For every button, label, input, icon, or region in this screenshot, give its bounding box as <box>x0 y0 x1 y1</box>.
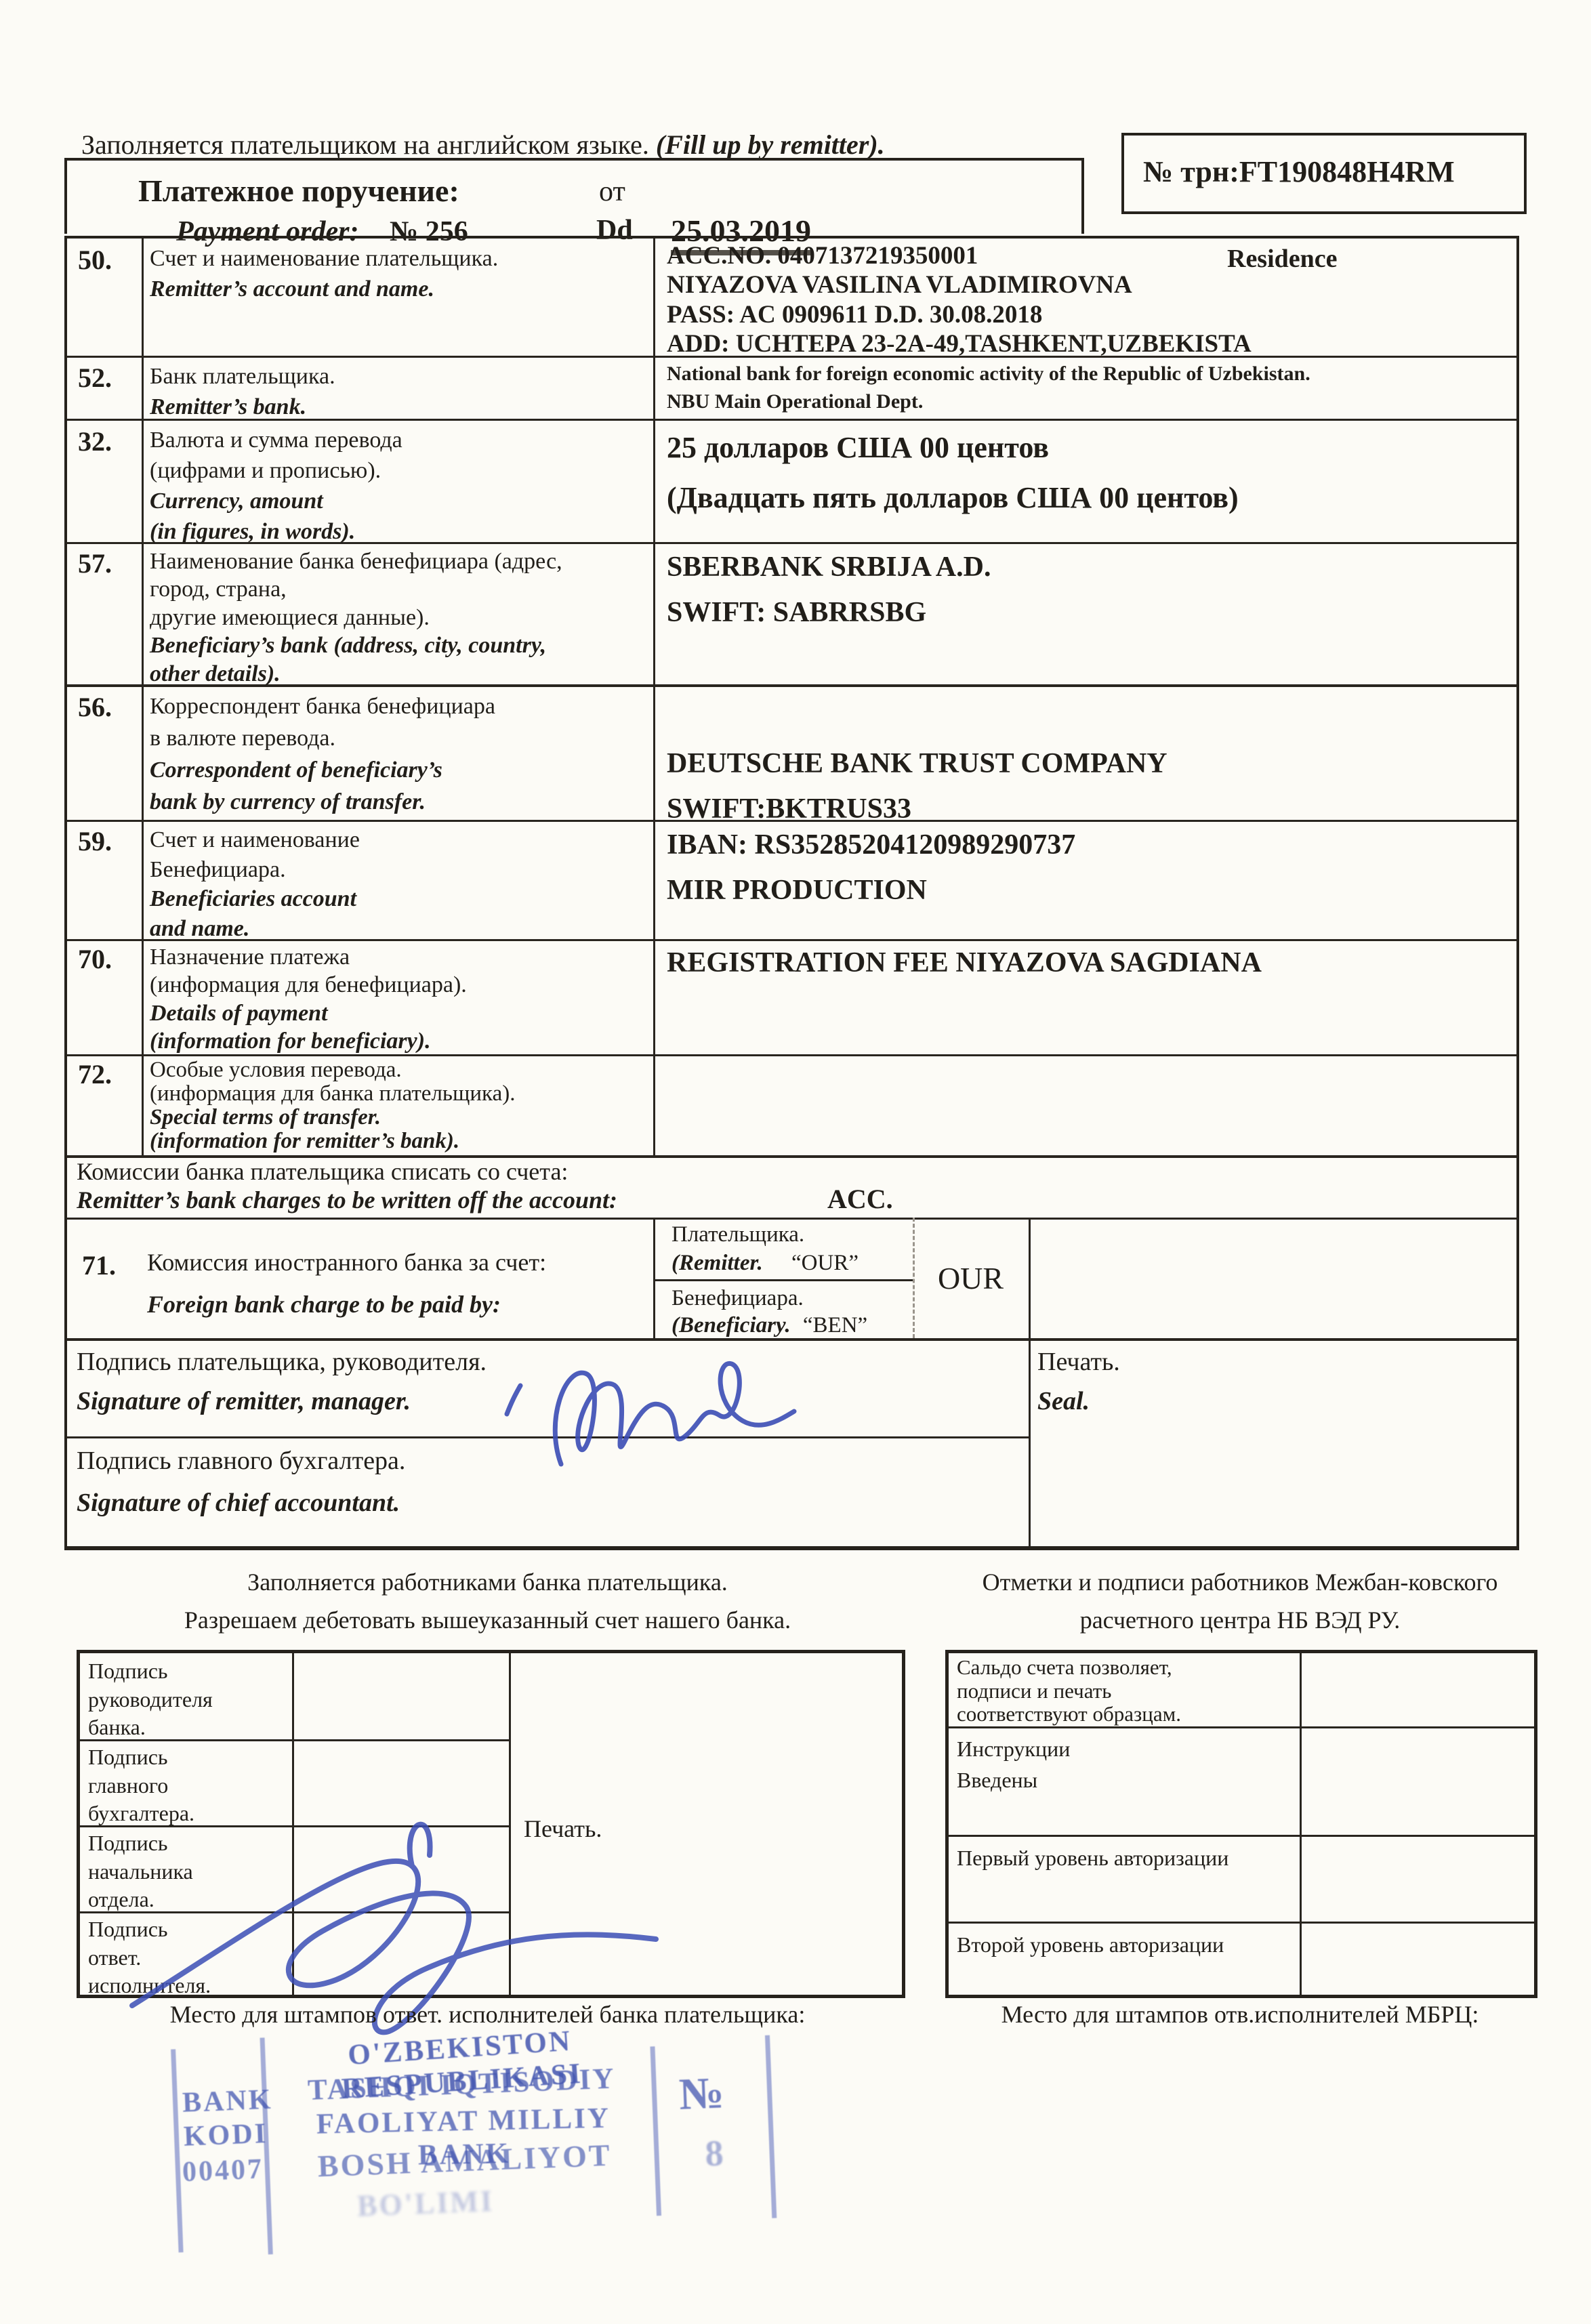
field-label-ru: Счет и наименование Бенефициара. <box>150 825 638 884</box>
field-label-ru: Корреспондент банка бенефициара в валюте… <box>150 691 651 755</box>
field-label: Корреспондент банка бенефициара в валюте… <box>150 691 651 818</box>
table-row-label: Сальдо счета позволяет, подписи и печать… <box>957 1656 1292 1726</box>
field-label-ru: Счет и наименование плательщика. <box>150 244 638 274</box>
field-label-en: Beneficiary’s bank (address, city, count… <box>150 631 651 688</box>
table-row-label: Второй уровень авторизации <box>957 1932 1292 1957</box>
table-row-label: Подпись руководителя банка. <box>88 1657 285 1742</box>
field-label-ru: Банк плательщика. <box>150 362 638 392</box>
field-number: 56. <box>78 691 112 723</box>
stamp-bank-kodi-line1: BANK <box>182 2083 273 2119</box>
field-label: Счет и наименование Бенефициара. Benefic… <box>150 825 638 943</box>
field-number: 52. <box>78 362 112 394</box>
top-note-en: (Fill up by remitter). <box>656 129 885 160</box>
manager-signature-label-ru: Подпись плательщика, руководителя. <box>77 1347 487 1377</box>
grid-line <box>949 1922 1534 1924</box>
field-value: DEUTSCHE BANK TRUST COMPANY SWIFT:BKTRUS… <box>667 741 1507 832</box>
field-label: Банк плательщика. Remitter’s bank. <box>150 362 638 423</box>
field-number: 71. <box>82 1249 116 1281</box>
field-number: 59. <box>78 825 112 857</box>
row71-beneficiary-ru: Бенефициара. <box>671 1286 804 1311</box>
row71-label-ru: Комиссия иностранного банка за счет: <box>147 1248 546 1277</box>
grid-line <box>949 1726 1534 1728</box>
row71-beneficiary-code: “BEN” <box>803 1313 867 1337</box>
payment-order-document: Заполняется плательщиком на английском я… <box>0 0 1591 2324</box>
stamp-no-value: 8 <box>704 2132 726 2174</box>
field-value: IBAN: RS35285204120989290737 MIR PRODUCT… <box>667 823 1507 913</box>
stamp-border-bar <box>765 2035 777 2218</box>
field-label-ru: Валюта и сумма перевода (цифрами и пропи… <box>150 426 638 486</box>
field-number: 70. <box>78 943 112 975</box>
stamp-border-bar <box>650 2046 661 2216</box>
field-label-ru: Наименование банка бенефициара (адрес, г… <box>150 547 651 631</box>
field-label: Валюта и сумма перевода (цифрами и пропи… <box>150 426 638 547</box>
field-label: Назначение платежа (информация для бенеф… <box>150 943 638 1056</box>
grid-line <box>655 1279 913 1281</box>
trn-box: № трн:FT190848H4RM <box>1121 133 1527 214</box>
top-note-ru: Заполняется плательщиком на английском я… <box>81 129 656 160</box>
commission-label-en: Remitter’s bank charges to be written of… <box>77 1186 617 1214</box>
field-label-en: Remitter’s account and name. <box>150 274 638 305</box>
commission-account: ACC. <box>827 1183 893 1215</box>
seal-label-ru: Печать. <box>1037 1347 1120 1377</box>
field-number: 72. <box>78 1058 112 1090</box>
row71-beneficiary-line: (Beneficiary. “BEN” <box>671 1313 867 1338</box>
table-row-label: Инструкции Введены <box>957 1733 1292 1796</box>
field-label: Особые условия перевода. (информация для… <box>150 1058 638 1153</box>
row71-remitter-line: (Remitter. “OUR” <box>671 1251 859 1276</box>
field-label-en: Correspondent of beneficiary’s bank by c… <box>150 755 651 818</box>
field-label-en: Special terms of transfer. (information … <box>150 1106 638 1153</box>
accountant-signature-label-en: Signature of chief accountant. <box>77 1488 400 1518</box>
row71-beneficiary-en: (Beneficiary. <box>671 1313 791 1337</box>
field-label-en: Details of payment (information for bene… <box>150 999 638 1056</box>
stamp-bank-kodi-line2: KODI <box>183 2117 268 2153</box>
stamp-bank-code-number: 00407 <box>182 2153 264 2189</box>
seal-label-en: Seal. <box>1037 1386 1090 1416</box>
row71-remitter-code: “OUR” <box>791 1251 859 1275</box>
manager-signature-label-en: Signature of remitter, manager. <box>77 1386 411 1416</box>
field-label-en: Beneficiaries account and name. <box>150 884 638 943</box>
commission-label-ru: Комиссии банка плательщика списать со сч… <box>77 1157 568 1186</box>
residence-flag: Residence <box>1227 244 1338 274</box>
row71-remitter-en: (Remitter. <box>671 1251 763 1275</box>
field-label-ru: Особые условия перевода. (информация для… <box>150 1058 638 1106</box>
mbrc-section-header: Отметки и подписи работников Межбан-ковс… <box>945 1564 1535 1640</box>
grid-line <box>142 238 144 1155</box>
field-number: 50. <box>78 244 112 276</box>
row71-selected-option: OUR <box>913 1260 1029 1296</box>
grid-line <box>1029 1218 1031 1546</box>
field-value: REGISTRATION FEE NIYAZOVA SAGDIANA <box>667 940 1507 986</box>
table-row-label: Первый уровень авторизации <box>957 1846 1292 1871</box>
bank-rubber-stamp: BANK KODI 00407 O'ZBEKISTON RESPUBLIKASI… <box>152 2017 818 2279</box>
field-number: 57. <box>78 547 112 579</box>
stamp-bolimi-line: BO'LIMI <box>283 2180 569 2226</box>
accountant-signature-label-ru: Подпись главного бухгалтера. <box>77 1446 405 1476</box>
order-title-ru: Платежное поручение: <box>138 173 459 209</box>
order-from-label: от <box>599 175 625 208</box>
row71-remitter-ru: Плательщика. <box>671 1222 804 1247</box>
field-label-ru: Назначение платежа (информация для бенеф… <box>150 943 638 999</box>
mbrc-table: Сальдо счета позволяет, подписи и печать… <box>945 1650 1537 1998</box>
field-value: 25 долларов США 00 центов (Двадцать пять… <box>667 423 1507 523</box>
grid-line <box>653 1218 655 1338</box>
grid-line <box>1300 1653 1302 1995</box>
trn-number: № трн:FT190848H4RM <box>1143 154 1455 189</box>
grid-line <box>949 1835 1534 1837</box>
field-value: National bank for foreign economic activ… <box>667 360 1507 415</box>
field-value: SBERBANK SRBIJA A.D. SWIFT: SABRRSBG <box>667 545 1507 636</box>
top-note: Заполняется плательщиком на английском я… <box>81 129 885 161</box>
field-label: Счет и наименование плательщика. Remitte… <box>150 244 638 305</box>
grid-line <box>653 238 655 1155</box>
stamp-border-bar <box>171 2049 184 2252</box>
mbrc-stamps-caption: Место для штампов отв.исполнителей МБРЦ: <box>945 2000 1535 2029</box>
row71-label-en: Foreign bank charge to be paid by: <box>147 1290 501 1319</box>
manager-signature <box>474 1338 813 1487</box>
field-number: 32. <box>78 426 112 457</box>
field-label-en: Currency, amount (in figures, in words). <box>150 486 638 547</box>
field-label-en: Remitter’s bank. <box>150 392 638 423</box>
stamp-no-label: № <box>678 2067 727 2121</box>
field-label: Наименование банка бенефициара (адрес, г… <box>150 547 651 688</box>
bank-section-header: Заполняется работниками банка плательщик… <box>77 1564 898 1640</box>
grid-line <box>67 1218 1516 1220</box>
